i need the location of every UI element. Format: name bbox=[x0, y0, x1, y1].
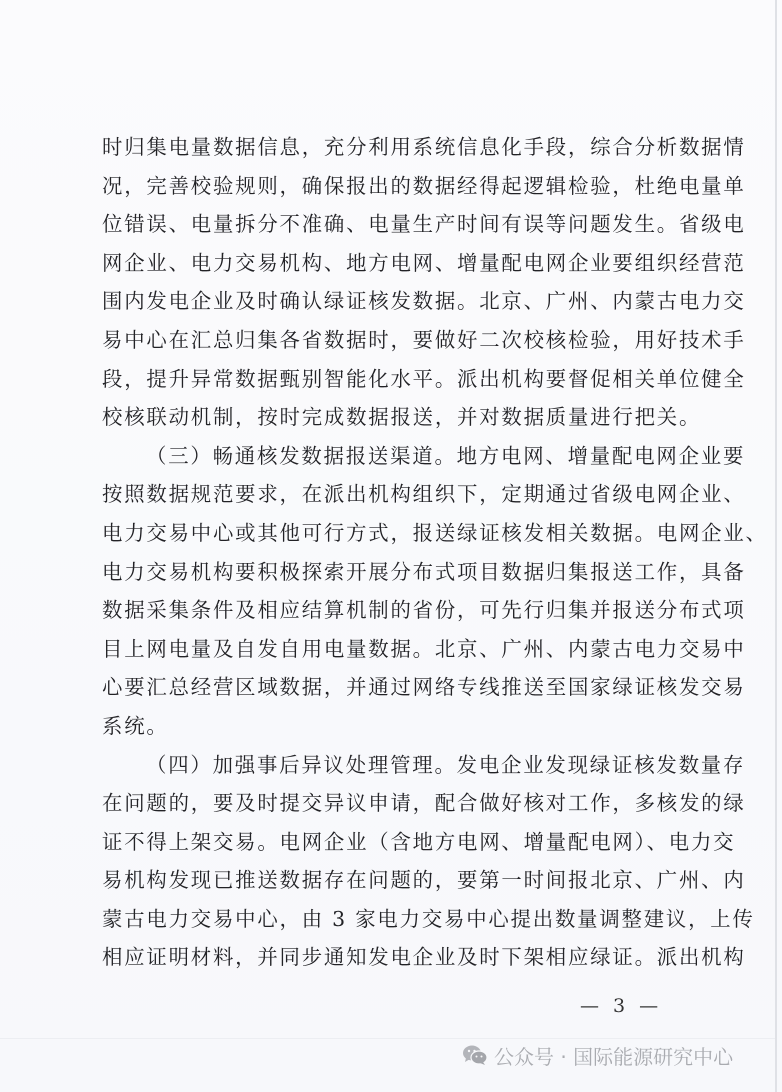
text-line: 心要汇总经营区域数据，并通过网络专线推送至国家绿证核发交易 bbox=[102, 668, 684, 707]
text-line: 电力交易中心或其他可行方式，报送绿证核发相关数据。电网企业、 bbox=[102, 514, 684, 553]
text-line: 时归集电量数据信息，充分利用系统信息化手段，综合分析数据情 bbox=[102, 128, 684, 167]
text-line: 网企业、电力交易机构、地方电网、增量配电网企业要组织经营范 bbox=[102, 244, 684, 283]
page-edge-line bbox=[775, 0, 777, 1092]
document-body: 时归集电量数据信息，充分利用系统信息化手段，综合分析数据情 况，完善校验规则，确… bbox=[102, 128, 684, 977]
text-line: 易机构发现已推送数据存在问题的，要第一时间报北京、广州、内 bbox=[102, 861, 684, 900]
text-line: 位错误、电量拆分不准确、电量生产时间有误等问题发生。省级电 bbox=[102, 205, 684, 244]
text-line: 按照数据规范要求，在派出机构组织下，定期通过省级电网企业、 bbox=[102, 475, 684, 514]
watermark-text: 公众号 · 国际能源研究中心 bbox=[494, 1041, 733, 1070]
text-line: 系统。 bbox=[102, 707, 684, 746]
footer-divider bbox=[0, 1038, 775, 1039]
text-line: 段，提升异常数据甄别智能化水平。派出机构要督促相关单位健全 bbox=[102, 360, 684, 399]
text-line: 证不得上架交易。电网企业（含地方电网、增量配电网）、电力交 bbox=[102, 823, 684, 862]
text-line: 在问题的，要及时提交异议申请，配合做好核对工作，多核发的绿 bbox=[102, 784, 684, 823]
wechat-icon bbox=[462, 1044, 488, 1066]
page-number: — 3 — bbox=[580, 995, 662, 1017]
watermark: 公众号 · 国际能源研究中心 bbox=[462, 1040, 733, 1070]
document-page: 时归集电量数据信息，充分利用系统信息化手段，综合分析数据情 况，完善校验规则，确… bbox=[0, 0, 782, 1092]
text-line: 蒙古电力交易中心，由 3 家电力交易中心提出数量调整建议，上传 bbox=[102, 900, 684, 939]
text-line: 数据采集条件及相应结算机制的省份，可先行归集并报送分布式项 bbox=[102, 591, 684, 630]
text-line: 电力交易机构要积极探索开展分布式项目数据归集报送工作，具备 bbox=[102, 553, 684, 592]
text-line: 围内发电企业及时确认绿证核发数据。北京、广州、内蒙古电力交 bbox=[102, 282, 684, 321]
section-heading-line-3: （三）畅通核发数据报送渠道。地方电网、增量配电网企业要 bbox=[102, 437, 684, 476]
text-line: 况，完善校验规则，确保报出的数据经得起逻辑检验，杜绝电量单 bbox=[102, 167, 684, 206]
text-line: 相应证明材料，并同步通知发电企业及时下架相应绿证。派出机构 bbox=[102, 938, 684, 977]
text-line: 校核联动机制，按时完成数据报送，并对数据质量进行把关。 bbox=[102, 398, 684, 437]
text-line: 目上网电量及自发自用电量数据。北京、广州、内蒙古电力交易中 bbox=[102, 630, 684, 669]
section-heading-line-4: （四）加强事后异议处理管理。发电企业发现绿证核发数量存 bbox=[102, 746, 684, 785]
text-line: 易中心在汇总归集各省数据时，要做好二次校核检验，用好技术手 bbox=[102, 321, 684, 360]
